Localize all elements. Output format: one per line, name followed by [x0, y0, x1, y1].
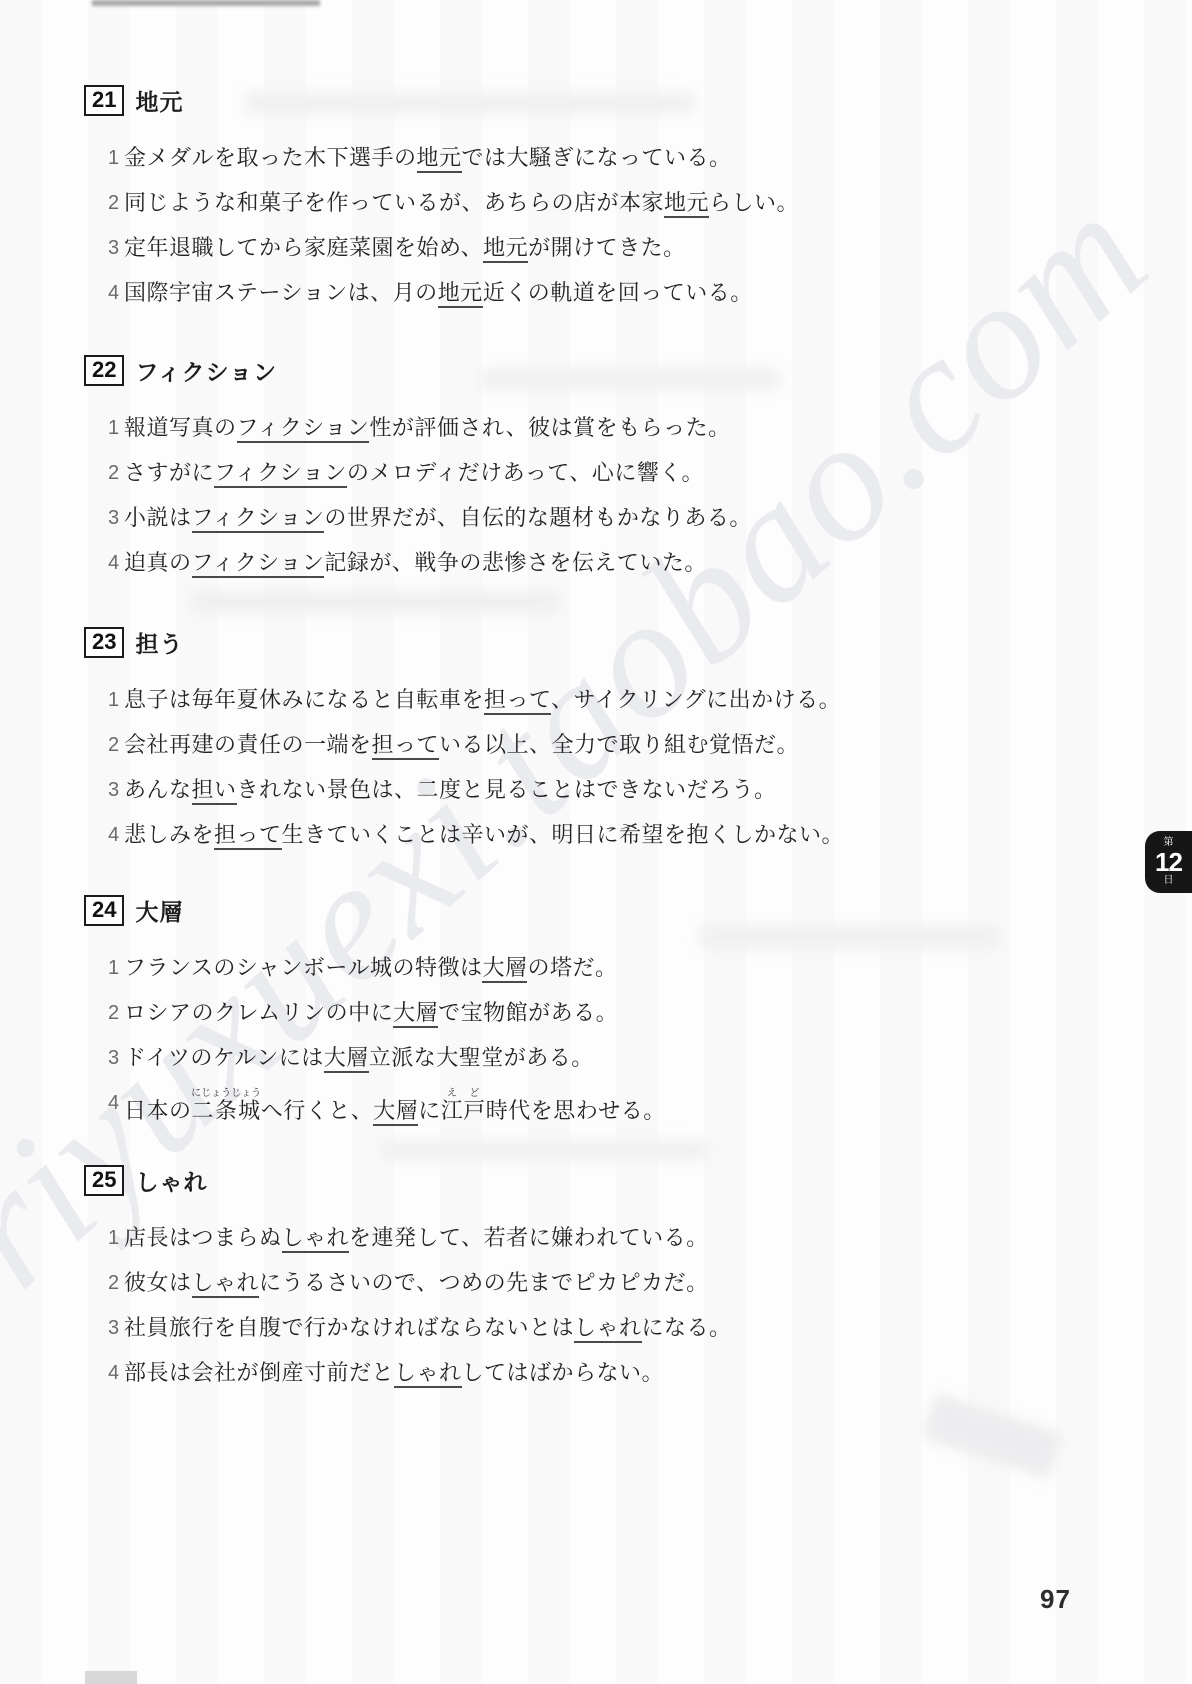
question-header: 21 地元 — [84, 84, 1132, 116]
sentence-text: が開けてきた。 — [528, 235, 686, 260]
option-list: 1フランスのシャンボール城の特徴は大層の塔だ。2ロシアのクレムリンの中に大層で宝… — [84, 953, 1132, 1133]
target-word: しゃれ — [282, 1225, 350, 1253]
target-word: 担って — [484, 687, 551, 715]
sentence-text: 日本の — [124, 1098, 192, 1123]
option-text: ロシアのクレムリンの中に大層で宝物館がある。 — [124, 998, 618, 1028]
option-text: さすがにフィクションのメロディだけあって、心に響く。 — [124, 458, 704, 488]
question-number-box: 25 — [84, 1165, 124, 1196]
question-block: 23 担う 1息子は毎年夏休みになると自転車を担って、サイクリングに出かける。2… — [84, 626, 1132, 865]
question-block: 24 大層 1フランスのシャンボール城の特徴は大層の塔だ。2ロシアのクレムリンの… — [84, 894, 1132, 1133]
day-tab-number: 12 — [1155, 849, 1182, 875]
option-number: 1 — [84, 143, 124, 173]
sentence-text: 彼女は — [124, 1270, 192, 1295]
option-text: 小説はフィクションの世界だが、自伝的な題材もかなりある。 — [124, 503, 752, 533]
option-text: あんな担いきれない景色は、二度と見ることはできないだろう。 — [124, 775, 777, 805]
option-number: 3 — [84, 503, 124, 533]
question-number-box: 23 — [84, 627, 124, 658]
option-sentence: 4迫真のフィクション記録が、戦争の悲惨さを伝えていた。 — [84, 548, 1132, 593]
option-number: 2 — [84, 458, 124, 488]
option-sentence: 4国際宇宙ステーションは、月の地元近くの軌道を回っている。 — [84, 278, 1132, 323]
sentence-text: 同じような和菓子を作っているが、あちらの店が本家 — [124, 190, 664, 215]
target-word: 大層 — [482, 955, 527, 983]
target-word: 地元 — [483, 235, 528, 263]
sentence-text: 生きていくことは辛いが、明日に希望を抱くしかない。 — [282, 822, 845, 847]
option-number: 3 — [84, 775, 124, 805]
target-word: しゃれ — [574, 1315, 642, 1343]
target-word: 大層 — [373, 1098, 418, 1126]
option-number: 2 — [84, 188, 124, 218]
sentence-text: のメロディだけあって、心に響く。 — [347, 460, 704, 485]
target-word: しゃれ — [394, 1360, 462, 1388]
option-text: 彼女はしゃれにうるさいので、つめの先までピカピカだ。 — [124, 1268, 709, 1298]
option-number: 1 — [84, 1223, 124, 1253]
sentence-text: 会社再建の責任の一端を — [124, 732, 372, 757]
option-number: 4 — [84, 820, 124, 850]
target-word: しゃれ — [192, 1270, 260, 1298]
question-headword: しゃれ — [135, 1164, 207, 1197]
target-word: 担って — [372, 732, 440, 760]
option-sentence: 2会社再建の責任の一端を担っている以上、全力で取り組む覚悟だ。 — [84, 730, 1132, 775]
target-word: 地元 — [417, 145, 462, 173]
sentence-text: あんな — [124, 777, 192, 802]
sentence-text: 性が評価され、彼は賞をもらった。 — [369, 415, 730, 440]
question-header: 24 大層 — [84, 894, 1132, 926]
sentence-text: 定年退職してから家庭菜園を始め、 — [124, 235, 483, 260]
option-number: 1 — [84, 685, 124, 715]
option-sentence: 3小説はフィクションの世界だが、自伝的な題材もかなりある。 — [84, 503, 1132, 548]
option-list: 1息子は毎年夏休みになると自転車を担って、サイクリングに出かける。2会社再建の責… — [84, 685, 1132, 865]
target-word: 担い — [192, 777, 237, 805]
target-word: フィクション — [192, 505, 325, 533]
sentence-text: 、サイクリングに出かける。 — [551, 687, 841, 712]
option-sentence: 4悲しみを担って生きていくことは辛いが、明日に希望を抱くしかない。 — [84, 820, 1132, 865]
option-text: 定年退職してから家庭菜園を始め、地元が開けてきた。 — [124, 233, 686, 263]
option-number: 4 — [84, 278, 124, 308]
option-list: 1報道写真のフィクション性が評価され、彼は賞をもらった。2さすがにフィクションの… — [84, 413, 1132, 593]
option-sentence: 1店長はつまらぬしゃれを連発して、若者に嫌われている。 — [84, 1223, 1132, 1268]
target-word: 大層 — [393, 1000, 438, 1028]
sentence-text: さすがに — [124, 460, 214, 485]
target-word: 大層 — [324, 1045, 369, 1073]
option-sentence: 4日本の二条城にじょうじょうへ行くと、大層に江戸えど時代を思わせる。 — [84, 1088, 1132, 1133]
sentence-text: ドイツのケルンには — [124, 1045, 324, 1070]
question-block: 22 フィクション 1報道写真のフィクション性が評価され、彼は賞をもらった。2さ… — [84, 354, 1132, 593]
question-block: 21 地元 1金メダルを取った木下選手の地元では大騒ぎになっている。2同じような… — [84, 84, 1132, 323]
option-number: 2 — [84, 730, 124, 760]
sentence-text: 小説は — [124, 505, 192, 530]
option-sentence: 3社員旅行を自腹で行かなければならないとはしゃれになる。 — [84, 1313, 1132, 1358]
question-number-box: 21 — [84, 85, 124, 116]
option-sentence: 4部長は会社が倒産寸前だとしゃれしてはばからない。 — [84, 1358, 1132, 1403]
scan-artifact — [85, 1671, 137, 1684]
option-text: 同じような和菓子を作っているが、あちらの店が本家地元らしい。 — [124, 188, 799, 218]
sentence-text: 悲しみを — [124, 822, 214, 847]
option-text: 息子は毎年夏休みになると自転車を担って、サイクリングに出かける。 — [124, 685, 841, 715]
sentence-text: 報道写真の — [124, 415, 237, 440]
sentence-text: にうるさいので、つめの先までピカピカだ。 — [259, 1270, 709, 1295]
option-text: 日本の二条城にじょうじょうへ行くと、大層に江戸えど時代を思わせる。 — [124, 1088, 666, 1126]
sentence-text: ロシアのクレムリンの中に — [124, 1000, 393, 1025]
page-number: 97 — [1040, 1584, 1071, 1615]
option-number: 1 — [84, 953, 124, 983]
sentence-text: 店長はつまらぬ — [124, 1225, 282, 1250]
sentence-text: で宝物館がある。 — [438, 1000, 618, 1025]
option-sentence: 1報道写真のフィクション性が評価され、彼は賞をもらった。 — [84, 413, 1132, 458]
textbook-page: riyuxuexi.taobao.com 21 地元 1金メダルを取った木下選手… — [0, 0, 1192, 1684]
sentence-text: 金メダルを取った木下選手の — [124, 145, 417, 170]
sentence-text: きれない景色は、二度と見ることはできないだろう。 — [237, 777, 777, 802]
option-text: 会社再建の責任の一端を担っている以上、全力で取り組む覚悟だ。 — [124, 730, 799, 760]
option-text: フランスのシャンボール城の特徴は大層の塔だ。 — [124, 953, 618, 983]
option-list: 1店長はつまらぬしゃれを連発して、若者に嫌われている。2彼女はしゃれにうるさいの… — [84, 1223, 1132, 1403]
target-word: 地元 — [438, 280, 483, 308]
option-text: 社員旅行を自腹で行かなければならないとはしゃれになる。 — [124, 1313, 732, 1343]
sentence-text: に — [418, 1098, 441, 1123]
sentence-text: 近くの軌道を回っている。 — [483, 280, 753, 305]
option-sentence: 2同じような和菓子を作っているが、あちらの店が本家地元らしい。 — [84, 188, 1132, 233]
option-text: 迫真のフィクション記録が、戦争の悲惨さを伝えていた。 — [124, 548, 707, 578]
option-number: 4 — [84, 548, 124, 578]
question-header: 22 フィクション — [84, 354, 1132, 386]
question-header: 23 担う — [84, 626, 1132, 658]
target-word: 地元 — [664, 190, 709, 218]
option-text: 部長は会社が倒産寸前だとしゃれしてはばからない。 — [124, 1358, 664, 1388]
option-number: 3 — [84, 233, 124, 263]
sentence-text: 部長は会社が倒産寸前だと — [124, 1360, 394, 1385]
option-text: ドイツのケルンには大層立派な大聖堂がある。 — [124, 1043, 594, 1073]
option-number: 4 — [84, 1358, 124, 1388]
option-text: 店長はつまらぬしゃれを連発して、若者に嫌われている。 — [124, 1223, 709, 1253]
sentence-text: になる。 — [642, 1315, 732, 1340]
day-tab: 第 12 日 — [1145, 831, 1192, 893]
ruby-annotated-word: 江戸えど — [441, 1098, 486, 1123]
sentence-text: 時代を思わせる。 — [486, 1098, 666, 1123]
target-word: フィクション — [192, 550, 325, 578]
ruby-annotated-word: 二条城にじょうじょう — [192, 1098, 261, 1123]
sentence-text: 国際宇宙ステーションは、月の — [124, 280, 438, 305]
sentence-text: 記録が、戦争の悲惨さを伝えていた。 — [324, 550, 707, 575]
day-tab-suffix: 日 — [1164, 876, 1174, 886]
option-sentence: 2彼女はしゃれにうるさいので、つめの先までピカピカだ。 — [84, 1268, 1132, 1313]
option-sentence: 1息子は毎年夏休みになると自転車を担って、サイクリングに出かける。 — [84, 685, 1132, 730]
question-number-box: 24 — [84, 895, 124, 926]
option-list: 1金メダルを取った木下選手の地元では大騒ぎになっている。2同じような和菓子を作っ… — [84, 143, 1132, 323]
question-header: 25 しゃれ — [84, 1164, 1132, 1196]
option-sentence: 3あんな担いきれない景色は、二度と見ることはできないだろう。 — [84, 775, 1132, 820]
sentence-text: では大騒ぎになっている。 — [462, 145, 732, 170]
sentence-text: してはばからない。 — [462, 1360, 665, 1385]
target-word: フィクション — [214, 460, 347, 488]
option-number: 2 — [84, 998, 124, 1028]
sentence-text: 息子は毎年夏休みになると自転車を — [124, 687, 484, 712]
option-sentence: 1フランスのシャンボール城の特徴は大層の塔だ。 — [84, 953, 1132, 998]
option-sentence: 2さすがにフィクションのメロディだけあって、心に響く。 — [84, 458, 1132, 503]
option-number: 3 — [84, 1313, 124, 1343]
option-sentence: 3ドイツのケルンには大層立派な大聖堂がある。 — [84, 1043, 1132, 1088]
sentence-text: の世界だが、自伝的な題材もかなりある。 — [324, 505, 752, 530]
question-block: 25 しゃれ 1店長はつまらぬしゃれを連発して、若者に嫌われている。2彼女はしゃ… — [84, 1164, 1132, 1403]
option-number: 2 — [84, 1268, 124, 1298]
sentence-text: いる以上、全力で取り組む覚悟だ。 — [439, 732, 799, 757]
question-headword: フィクション — [135, 354, 277, 387]
question-headword: 地元 — [135, 84, 183, 117]
option-sentence: 3定年退職してから家庭菜園を始め、地元が開けてきた。 — [84, 233, 1132, 278]
option-number: 1 — [84, 413, 124, 443]
option-sentence: 1金メダルを取った木下選手の地元では大騒ぎになっている。 — [84, 143, 1132, 188]
target-word: 担って — [214, 822, 282, 850]
option-text: 金メダルを取った木下選手の地元では大騒ぎになっている。 — [124, 143, 732, 173]
sentence-text: を連発して、若者に嫌われている。 — [349, 1225, 709, 1250]
option-text: 国際宇宙ステーションは、月の地元近くの軌道を回っている。 — [124, 278, 753, 308]
sentence-text: 社員旅行を自腹で行かなければならないとは — [124, 1315, 574, 1340]
question-headword: 担う — [135, 626, 183, 659]
question-number-box: 22 — [84, 355, 124, 386]
option-text: 悲しみを担って生きていくことは辛いが、明日に希望を抱くしかない。 — [124, 820, 844, 850]
sentence-text: の塔だ。 — [527, 955, 617, 980]
sentence-text: 迫真の — [124, 550, 192, 575]
option-number: 4 — [84, 1088, 124, 1118]
sentence-text: フランスのシャンボール城の特徴は — [124, 955, 482, 980]
questions-area: 21 地元 1金メダルを取った木下選手の地元では大騒ぎになっている。2同じような… — [0, 0, 1192, 1684]
option-sentence: 2ロシアのクレムリンの中に大層で宝物館がある。 — [84, 998, 1132, 1043]
sentence-text: へ行くと、 — [261, 1098, 374, 1123]
question-headword: 大層 — [135, 894, 183, 927]
sentence-text: らしい。 — [709, 190, 799, 215]
option-text: 報道写真のフィクション性が評価され、彼は賞をもらった。 — [124, 413, 731, 443]
option-number: 3 — [84, 1043, 124, 1073]
target-word: フィクション — [237, 415, 370, 443]
sentence-text: 立派な大聖堂がある。 — [369, 1045, 594, 1070]
